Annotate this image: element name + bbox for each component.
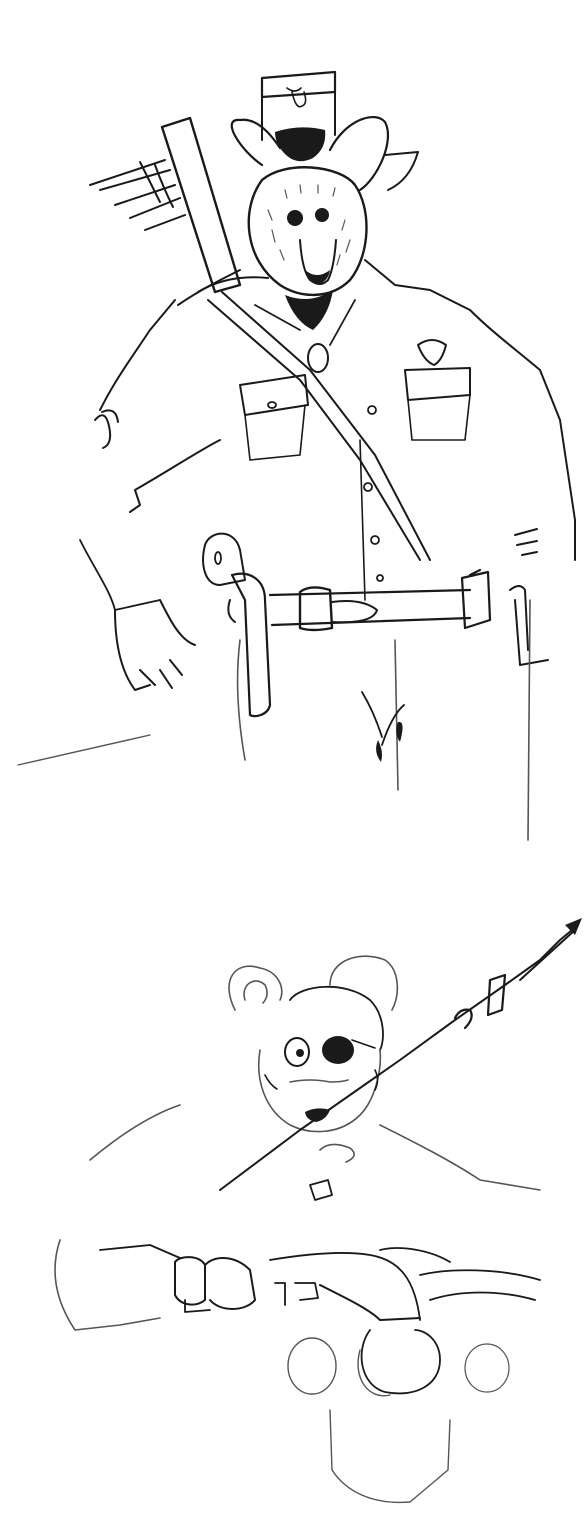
mouse-soldier-top	[18, 72, 575, 840]
uniform-jacket-icon	[95, 260, 575, 600]
sketch-canvas	[0, 0, 584, 1528]
left-arm-icon	[80, 440, 220, 690]
pistol-holster-icon	[203, 534, 270, 717]
mouse-head-icon	[249, 167, 367, 330]
prone-body-icon	[55, 1105, 540, 1330]
trousers-icon	[238, 600, 530, 840]
ground-line	[18, 735, 150, 765]
mouse-soldier-bottom	[55, 918, 582, 1502]
rifle-icon	[162, 118, 268, 292]
sandbag-shapes-icon	[288, 1330, 509, 1502]
belt-icon	[270, 570, 548, 665]
gripping-hands-icon	[175, 1248, 540, 1320]
eyepatch-mouse-head-icon	[259, 987, 383, 1132]
winged-insignia-icon	[90, 152, 418, 230]
kepi-cap-icon	[262, 72, 335, 161]
bayonet-rifle-icon	[220, 918, 582, 1190]
